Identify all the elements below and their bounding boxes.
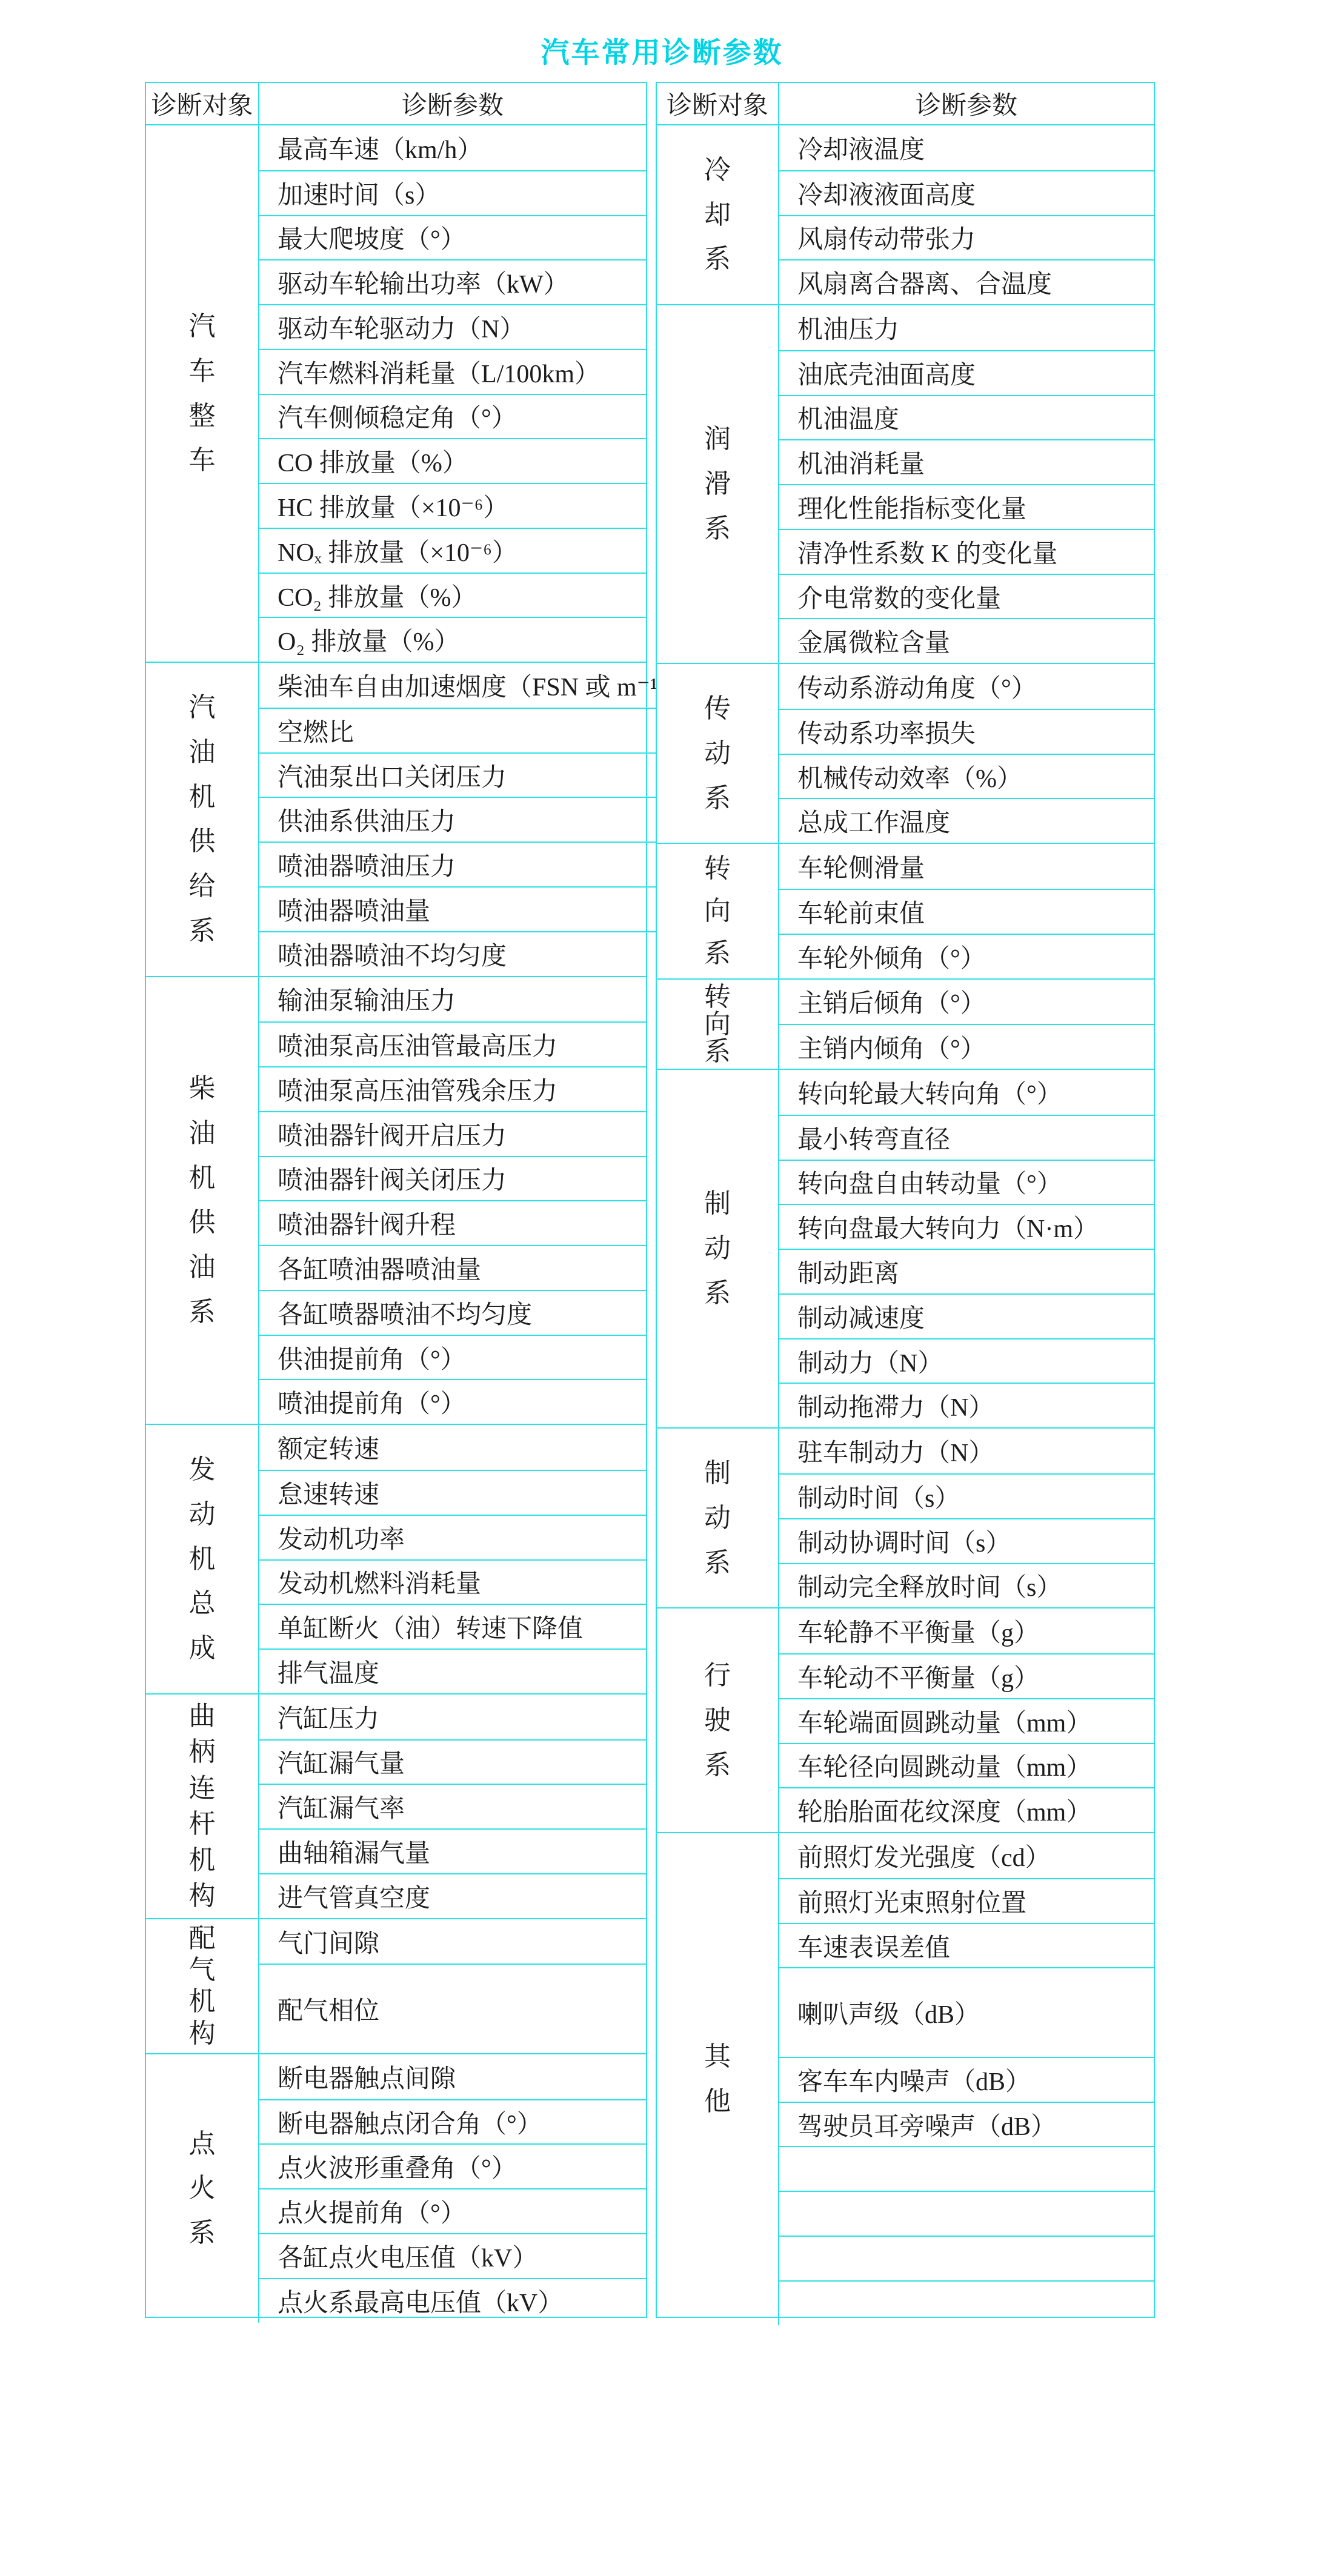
table-row: 断电器触点闭合角（°） — [259, 2099, 646, 2144]
row-text: 汽油泵出口关闭压力 — [278, 757, 507, 794]
row-text: 柴油车自由加速烟度（FSN 或 m⁻¹） — [278, 667, 683, 703]
table-row: 排气温度 — [259, 1648, 646, 1693]
table-row: 车速表误差值 — [779, 1923, 1154, 1968]
table-row: 喷油器针阀开启压力 — [259, 1111, 646, 1156]
group-label: 润滑系 — [657, 305, 779, 663]
row-text: 风扇传动带张力 — [797, 219, 976, 256]
table-row: 风扇离合器离、合温度 — [779, 259, 1154, 304]
row-text: 喷油器喷油压力 — [278, 846, 456, 883]
table-row: 油底壳油面高度 — [779, 350, 1154, 395]
table-row: NOₓ 排放量（×10⁻⁶） — [259, 528, 646, 573]
row-text: 冷却液液面高度 — [797, 175, 976, 211]
row-text: 断电器触点间隙 — [278, 2059, 456, 2095]
table-row: 驱动车轮驱动力（N） — [259, 304, 646, 349]
row-text: 最高车速（km/h） — [278, 130, 482, 166]
group-label: 冷却系 — [657, 125, 779, 304]
row-text: 喷油器针阀升程 — [278, 1205, 456, 1241]
table-row: 车轮动不平衡量（g） — [779, 1653, 1154, 1698]
table-row: 理化性能指标变化量 — [779, 484, 1154, 529]
table-row: 喷油器喷油量 — [259, 886, 683, 931]
group-right-3: 转向系车轮侧滑量车轮前束值车轮外倾角（°） — [657, 843, 1154, 978]
table-row: O₂ 排放量（%） — [259, 617, 646, 662]
row-text: 主销后倾角（°） — [797, 983, 986, 1020]
table-row: 最大爬坡度（°） — [259, 215, 646, 260]
row-text: 最大爬坡度（°） — [278, 219, 466, 256]
table-row: 驾驶员耳旁噪声（dB） — [779, 2102, 1154, 2146]
table-row: 驱动车轮输出功率（kW） — [259, 259, 646, 304]
group-right-0: 冷却系冷却液温度冷却液液面高度风扇传动带张力风扇离合器离、合温度 — [657, 125, 1154, 304]
group-label: 柴油机供油系 — [146, 977, 259, 1424]
group-label: 曲柄连杆机构 — [146, 1695, 259, 1918]
row-text: 额定转速 — [278, 1429, 379, 1466]
group-left-4: 曲柄连杆机构汽缸压力汽缸漏气量汽缸漏气率曲轴箱漏气量进气管真空度 — [146, 1693, 646, 1918]
table-row: 喇叭声级（dB） — [779, 1967, 1154, 2057]
table-row: 额定转速 — [259, 1425, 646, 1470]
table-row: CO₂ 排放量（%） — [259, 573, 646, 617]
table-row: 制动减速度 — [779, 1293, 1154, 1338]
group-label: 行驶系 — [657, 1608, 779, 1832]
table-row: 发动机功率 — [259, 1515, 646, 1559]
row-text: 车轮侧滑量 — [797, 848, 925, 885]
row-text: O₂ 排放量（%） — [278, 622, 459, 658]
table-row: 最小转弯直径 — [779, 1115, 1154, 1160]
table-row: 车轮径向圆跳动量（mm） — [779, 1743, 1154, 1788]
table-right-body: 冷却系冷却液温度冷却液液面高度风扇传动带张力风扇离合器离、合温度润滑系机油压力油… — [657, 125, 1154, 2325]
table-row: 冷却液液面高度 — [779, 170, 1154, 215]
table-row: 单缸断火（油）转速下降值 — [259, 1604, 646, 1648]
table-row: 机油消耗量 — [779, 439, 1154, 484]
group-right-2: 传动系传动系游动角度（°）传动系功率损失机械传动效率（%）总成工作温度 — [657, 663, 1154, 843]
table-row: 制动力（N） — [779, 1338, 1154, 1383]
table-row: 转向盘自由转动量（°） — [779, 1160, 1154, 1204]
row-text: 各缸点火电压值（kV） — [278, 2238, 537, 2274]
table-row: HC 排放量（×10⁻⁶） — [259, 483, 646, 528]
table-row: 汽缸漏气量 — [259, 1739, 646, 1784]
row-text: 制动距离 — [797, 1253, 899, 1290]
row-text: 喷油器针阀开启压力 — [278, 1116, 507, 1152]
row-text: 汽缸漏气量 — [278, 1744, 405, 1780]
group-label: 制动系 — [657, 1070, 779, 1427]
group-right-8: 其他前照灯发光强度（cd）前照灯光束照射位置车速表误差值喇叭声级（dB）客车车内… — [657, 1832, 1154, 2325]
row-text: 点火波形重叠角（°） — [278, 2148, 517, 2185]
table-row — [779, 2280, 1154, 2325]
row-text: 汽缸漏气率 — [278, 1788, 405, 1825]
row-text: 介电常数的变化量 — [797, 579, 1001, 615]
row-text: 气门间隙 — [278, 1924, 379, 1960]
table-row: 车轮静不平衡量（g） — [779, 1608, 1154, 1653]
table-row: 汽缸漏气率 — [259, 1784, 646, 1828]
table-row: 主销内倾角（°） — [779, 1024, 1154, 1069]
row-text: 转向盘自由转动量（°） — [797, 1164, 1062, 1200]
row-text: 点火提前角（°） — [278, 2193, 466, 2229]
group-right-4: 转向系主销后倾角（°）主销内倾角（°） — [657, 978, 1154, 1069]
table-row: 转向轮最大转向角（°） — [779, 1070, 1154, 1115]
row-text: 理化性能指标变化量 — [797, 489, 1026, 525]
header-object-col-left: 诊断对象 — [146, 83, 259, 124]
group-label: 发动机总成 — [146, 1425, 259, 1693]
table-row: 汽缸压力 — [259, 1695, 646, 1739]
table-row: 配气相位 — [259, 1964, 646, 2053]
row-text: 车轮端面圆跳动量（mm） — [797, 1703, 1091, 1739]
row-text: 总成工作温度 — [797, 803, 950, 839]
group-label: 其他 — [657, 1833, 779, 2325]
table-row: 制动协调时间（s） — [779, 1518, 1154, 1563]
table-row: 喷油泵高压油管残余压力 — [259, 1066, 646, 1111]
table-row: 客车车内噪声（dB） — [779, 2057, 1154, 2102]
table-row: 点火提前角（°） — [259, 2188, 646, 2233]
table-row: 前照灯发光强度（cd） — [779, 1833, 1154, 1878]
page-title: 汽车常用诊断参数 — [0, 30, 1324, 71]
row-text: 风扇离合器离、合温度 — [797, 264, 1052, 300]
row-text: HC 排放量（×10⁻⁶） — [278, 488, 508, 524]
row-text: 发动机功率 — [278, 1519, 405, 1556]
group-left-3: 发动机总成额定转速怠速转速发动机功率发动机燃料消耗量单缸断火（油）转速下降值排气… — [146, 1424, 646, 1693]
row-text: 驱动车轮驱动力（N） — [278, 309, 525, 345]
table-row: 风扇传动带张力 — [779, 215, 1154, 260]
header-param-col-right: 诊断参数 — [779, 83, 1154, 124]
row-text: 曲轴箱漏气量 — [278, 1833, 430, 1870]
table-row: 车轮前束值 — [779, 889, 1154, 934]
row-text: 清净性系数 K 的变化量 — [797, 534, 1057, 570]
table-right-header: 诊断对象 诊断参数 — [657, 83, 1154, 125]
table-row: 加速时间（s） — [259, 170, 646, 215]
table-row: 制动距离 — [779, 1249, 1154, 1293]
table-row: 发动机燃料消耗量 — [259, 1559, 646, 1604]
row-text: 制动减速度 — [797, 1298, 925, 1335]
row-text: 机械传动效率（%） — [797, 759, 1022, 795]
table-row: 各缸喷油器喷油量 — [259, 1245, 646, 1290]
row-text: 转向轮最大转向角（°） — [797, 1074, 1062, 1110]
row-text: 加速时间（s） — [278, 175, 440, 211]
row-text: 车轮动不平衡量（g） — [797, 1658, 1039, 1695]
group-label: 配气机构 — [146, 1919, 259, 2053]
table-row: 供油提前角（°） — [259, 1335, 646, 1379]
table-left-header: 诊断对象 诊断参数 — [146, 83, 646, 125]
row-text: 驾驶员耳旁噪声（dB） — [797, 2106, 1056, 2143]
group-left-6: 点火系断电器触点间隙断电器触点闭合角（°）点火波形重叠角（°）点火提前角（°）各… — [146, 2053, 646, 2323]
row-text: 冷却液温度 — [797, 130, 925, 166]
group-right-1: 润滑系机油压力油底壳油面高度机油温度机油消耗量理化性能指标变化量清净性系数 K … — [657, 304, 1154, 663]
group-left-2: 柴油机供油系输油泵输油压力喷油泵高压油管最高压力喷油泵高压油管残余压力喷油器针阀… — [146, 976, 646, 1424]
group-right-6: 制动系驻车制动力（N）制动时间（s）制动协调时间（s）制动完全释放时间（s） — [657, 1427, 1154, 1607]
row-text: 输油泵输油压力 — [278, 981, 456, 1017]
table-row: 转向盘最大转向力（N·m） — [779, 1204, 1154, 1249]
table-row: 机油温度 — [779, 395, 1154, 440]
table-row: 点火波形重叠角（°） — [259, 2143, 646, 2188]
table-right: 诊断对象 诊断参数 冷却系冷却液温度冷却液液面高度风扇传动带张力风扇离合器离、合… — [656, 82, 1155, 2318]
table-row: 汽油泵出口关闭压力 — [259, 752, 683, 797]
table-row: 喷油泵高压油管最高压力 — [259, 1021, 646, 1066]
row-text: 客车车内噪声（dB） — [797, 2062, 1031, 2098]
row-text: 前照灯发光强度（cd） — [797, 1837, 1051, 1874]
row-text: 最小转弯直径 — [797, 1120, 950, 1156]
table-row: 喷油器针阀关闭压力 — [259, 1156, 646, 1201]
table-row — [779, 2146, 1154, 2191]
table-row: 介电常数的变化量 — [779, 574, 1154, 619]
table-row — [779, 2236, 1154, 2280]
table-row: 各缸点火电压值（kV） — [259, 2233, 646, 2278]
row-text: 配气相位 — [278, 1991, 379, 2027]
row-text: 单缸断火（油）转速下降值 — [278, 1608, 583, 1645]
row-text: 转向盘最大转向力（N·m） — [797, 1209, 1099, 1245]
table-row: 冷却液温度 — [779, 125, 1154, 170]
row-text: 供油提前角（°） — [278, 1339, 466, 1376]
row-text: 断电器触点闭合角（°） — [278, 2104, 542, 2140]
table-row: 车轮侧滑量 — [779, 844, 1154, 889]
row-text: 喷油泵高压油管最高压力 — [278, 1026, 557, 1063]
group-label: 转向系 — [657, 980, 779, 1069]
table-row: 输油泵输油压力 — [259, 977, 646, 1022]
table-left-body: 汽车整车最高车速（km/h）加速时间（s）最大爬坡度（°）驱动车轮输出功率（kW… — [146, 125, 646, 2323]
row-text: 制动力（N） — [797, 1343, 943, 1379]
row-text: 金属微粒含量 — [797, 623, 950, 659]
table-row: 喷油器针阀升程 — [259, 1200, 646, 1245]
group-label: 转向系 — [657, 844, 779, 978]
row-text: 供油系供油压力 — [278, 802, 456, 838]
table-row: 喷油器喷油压力 — [259, 842, 683, 886]
table-row: 最高车速（km/h） — [259, 125, 646, 170]
row-text: 驱动车轮输出功率（kW） — [278, 264, 569, 300]
row-text: 怠速转速 — [278, 1475, 379, 1511]
header-param-col-left: 诊断参数 — [259, 83, 646, 124]
row-text: 喷油器喷油不均匀度 — [278, 936, 507, 972]
row-text: 喷油提前角（°） — [278, 1384, 466, 1420]
group-right-5: 制动系转向轮最大转向角（°）最小转弯直径转向盘自由转动量（°）转向盘最大转向力（… — [657, 1069, 1154, 1427]
row-text: 主销内倾角（°） — [797, 1029, 986, 1065]
table-row: 气门间隙 — [259, 1919, 646, 1964]
table-row: 制动拖滞力（N） — [779, 1383, 1154, 1427]
table-row: 制动时间（s） — [779, 1473, 1154, 1518]
table-row: 金属微粒含量 — [779, 618, 1154, 663]
group-left-5: 配气机构气门间隙配气相位 — [146, 1918, 646, 2053]
table-row: 制动完全释放时间（s） — [779, 1563, 1154, 1608]
table-row: 怠速转速 — [259, 1470, 646, 1515]
row-text: 汽车燃料消耗量（L/100km） — [278, 354, 600, 390]
table-row: 柴油车自由加速烟度（FSN 或 m⁻¹） — [259, 663, 683, 708]
group-label: 汽车整车 — [146, 125, 259, 662]
table-row — [779, 2191, 1154, 2236]
table-row: 前照灯光束照射位置 — [779, 1878, 1154, 1923]
row-text: 各缸喷器喷油不均匀度 — [278, 1295, 532, 1331]
row-text: 制动完全释放时间（s） — [797, 1567, 1062, 1604]
row-text: 进气管真空度 — [278, 1878, 430, 1914]
table-row: 供油系供油压力 — [259, 797, 683, 842]
table-row: 传动系游动角度（°） — [779, 664, 1154, 709]
row-text: 车轮前束值 — [797, 894, 925, 930]
row-text: 前照灯光束照射位置 — [797, 1883, 1026, 1919]
row-text: 汽车侧倾稳定角（°） — [278, 398, 517, 434]
row-text: 各缸喷油器喷油量 — [278, 1250, 481, 1286]
row-text: 发动机燃料消耗量 — [278, 1564, 481, 1600]
table-row: 清净性系数 K 的变化量 — [779, 529, 1154, 574]
table-row: 断电器触点间隙 — [259, 2054, 646, 2099]
table-row: 空燃比 — [259, 708, 683, 752]
table-row: 汽车侧倾稳定角（°） — [259, 394, 646, 439]
row-text: 驻车制动力（N） — [797, 1433, 994, 1469]
row-text: 空燃比 — [278, 712, 354, 749]
row-text: 传动系功率损失 — [797, 714, 976, 750]
row-text: 油底壳油面高度 — [797, 355, 976, 391]
row-text: 轮胎胎面花纹深度（mm） — [797, 1792, 1091, 1828]
table-row: 曲轴箱漏气量 — [259, 1828, 646, 1873]
row-text: 传动系游动角度（°） — [797, 668, 1037, 705]
group-label: 制动系 — [657, 1429, 779, 1607]
row-text: 制动拖滞力（N） — [797, 1387, 994, 1424]
row-text: 机油压力 — [797, 310, 899, 346]
group-left-1: 汽油机供给系柴油车自由加速烟度（FSN 或 m⁻¹）空燃比汽油泵出口关闭压力供油… — [146, 662, 646, 975]
table-row: 传动系功率损失 — [779, 709, 1154, 754]
row-text: 喷油器喷油量 — [278, 891, 430, 928]
group-label: 传动系 — [657, 664, 779, 843]
table-row: 机械传动效率（%） — [779, 754, 1154, 798]
row-text: 喷油器针阀关闭压力 — [278, 1160, 507, 1197]
group-label: 汽油机供给系 — [146, 663, 259, 975]
table-row: 汽车燃料消耗量（L/100km） — [259, 349, 646, 394]
table-row: 主销后倾角（°） — [779, 980, 1154, 1024]
table-row: 车轮端面圆跳动量（mm） — [779, 1698, 1154, 1743]
row-text: 制动时间（s） — [797, 1478, 960, 1515]
row-text: NOₓ 排放量（×10⁻⁶） — [278, 533, 517, 569]
table-row: 喷油提前角（°） — [259, 1379, 646, 1424]
table-row: 进气管真空度 — [259, 1873, 646, 1918]
row-text: 点火系最高电压值（kV） — [278, 2283, 563, 2319]
table-row: 总成工作温度 — [779, 798, 1154, 843]
table-left: 诊断对象 诊断参数 汽车整车最高车速（km/h）加速时间（s）最大爬坡度（°）驱… — [145, 82, 647, 2318]
group-left-0: 汽车整车最高车速（km/h）加速时间（s）最大爬坡度（°）驱动车轮输出功率（kW… — [146, 125, 646, 662]
row-text: CO₂ 排放量（%） — [278, 577, 476, 614]
table-row: 车轮外倾角（°） — [779, 934, 1154, 978]
row-text: 车轮径向圆跳动量（mm） — [797, 1747, 1091, 1784]
row-text: 排气温度 — [278, 1653, 379, 1690]
table-row: 点火系最高电压值（kV） — [259, 2278, 646, 2323]
row-text: 喷油泵高压油管残余压力 — [278, 1071, 557, 1107]
header-object-col-right: 诊断对象 — [657, 83, 779, 124]
row-text: 车轮静不平衡量（g） — [797, 1613, 1039, 1649]
table-row: 各缸喷器喷油不均匀度 — [259, 1290, 646, 1335]
row-text: 制动协调时间（s） — [797, 1523, 1011, 1559]
row-text: 机油温度 — [797, 399, 899, 436]
row-text: 汽缸压力 — [278, 1699, 379, 1735]
row-text: CO 排放量（%） — [278, 443, 468, 479]
table-row: 驻车制动力（N） — [779, 1429, 1154, 1473]
group-right-7: 行驶系车轮静不平衡量（g）车轮动不平衡量（g）车轮端面圆跳动量（mm）车轮径向圆… — [657, 1607, 1154, 1832]
row-text: 机油消耗量 — [797, 444, 925, 480]
row-text: 车速表误差值 — [797, 1928, 950, 1964]
row-text: 喇叭声级（dB） — [797, 1994, 980, 2031]
table-row: CO 排放量（%） — [259, 438, 646, 483]
group-label: 点火系 — [146, 2054, 259, 2323]
table-row: 喷油器喷油不均匀度 — [259, 931, 683, 976]
table-row: 机油压力 — [779, 305, 1154, 350]
row-text: 车轮外倾角（°） — [797, 938, 986, 975]
table-row: 轮胎胎面花纹深度（mm） — [779, 1787, 1154, 1832]
